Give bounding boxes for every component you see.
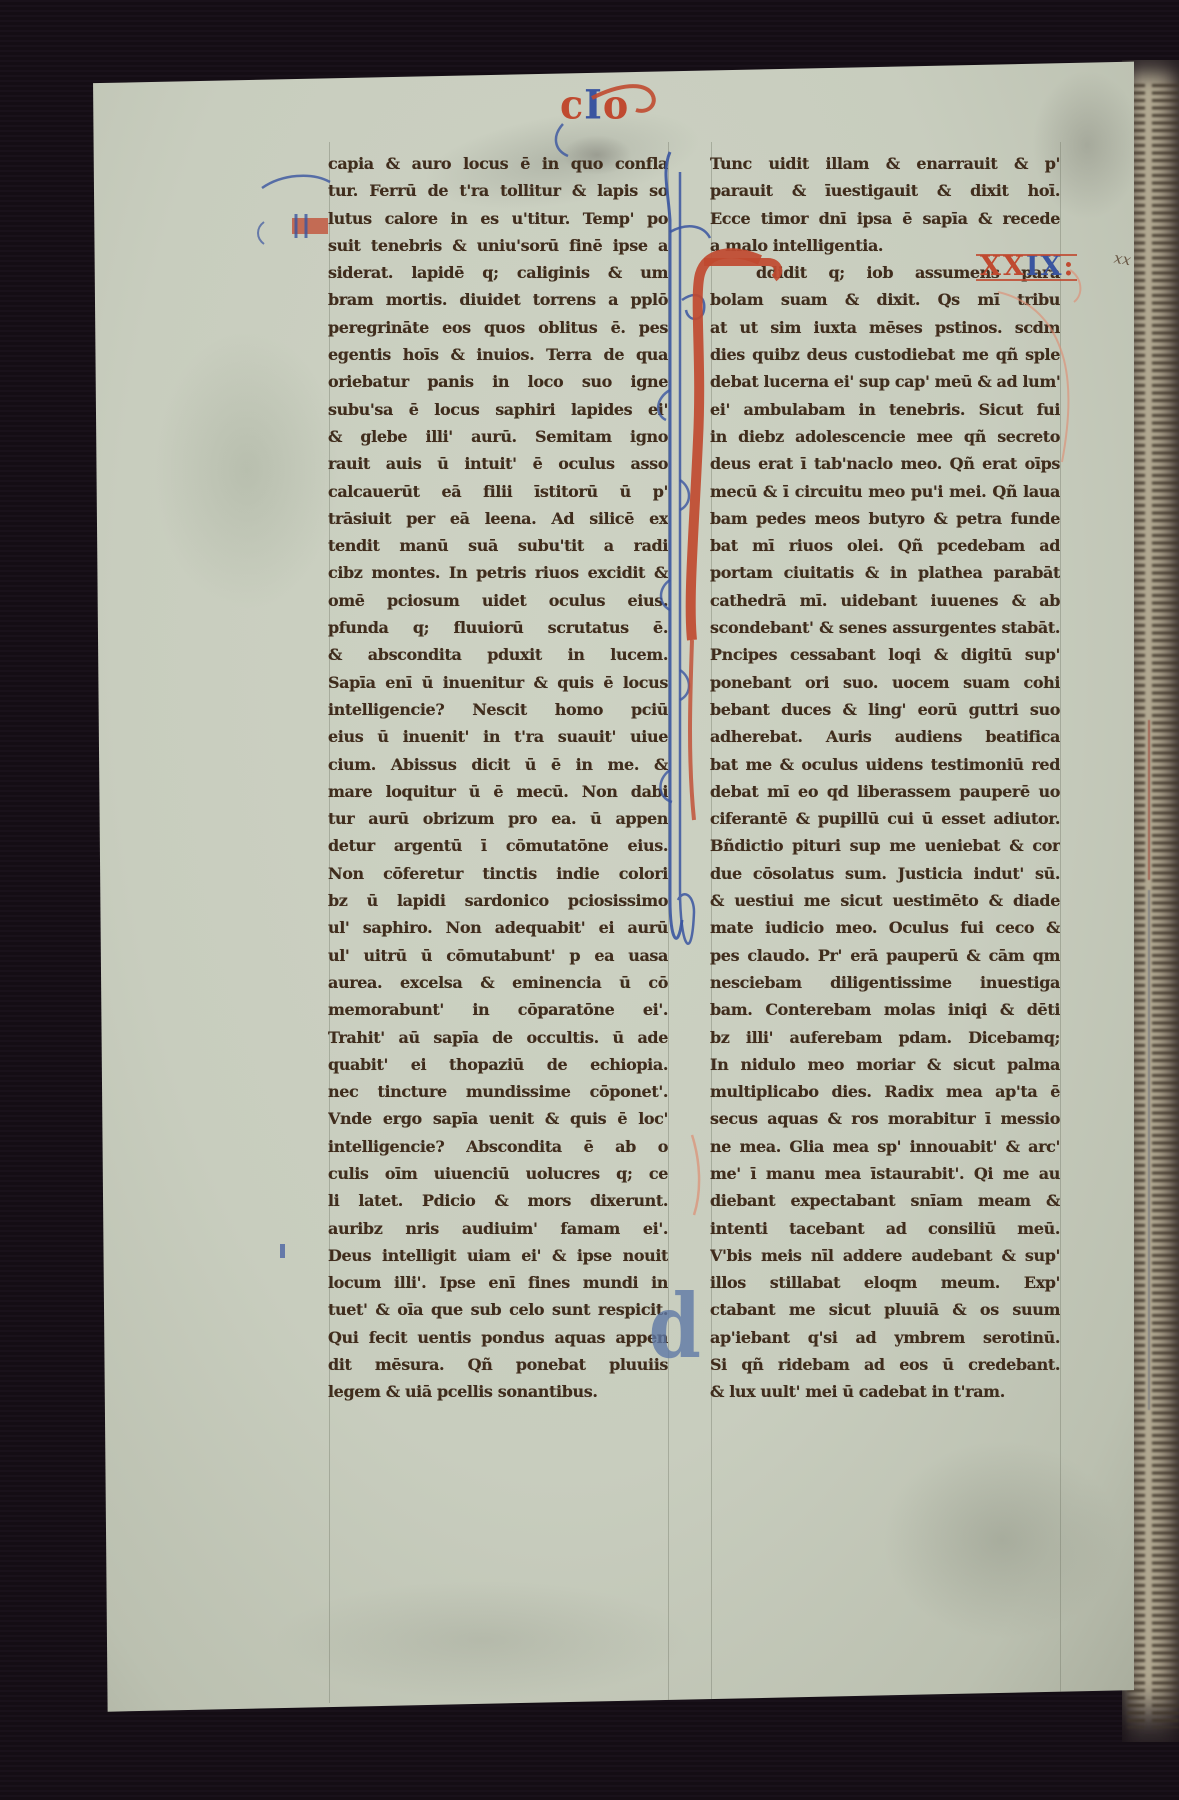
- text-line: bam pedes meos butyro & petra funde: [710, 505, 1060, 532]
- text-column-left: capia & auro locus ē in quo conflatur. F…: [328, 150, 668, 1406]
- text-line: ciferantē & pupillū cui ū esset adiutor.: [710, 805, 1060, 832]
- text-line: deus erat ī tab'naclo meo. Qñ erat oīps: [710, 450, 1060, 477]
- text-line: at ut sim iuxta mēses pstinos. scdm: [710, 314, 1060, 341]
- fore-edge-rubric-line: [1148, 720, 1150, 880]
- text-line: debat lucerna ei' sup cap' meū & ad lum': [710, 368, 1060, 395]
- text-line: li latet. Pdicio & mors dixerunt.: [328, 1187, 668, 1214]
- text-line: bebant duces & ling' eorū guttri suo: [710, 696, 1060, 723]
- text-line: Trahit' aū sapīa de occultis. ū ade: [328, 1024, 668, 1051]
- text-line: rauit auis ū intuit' ē oculus asso: [328, 450, 668, 477]
- text-line: nesciebam diligentissime inuestiga: [710, 969, 1060, 996]
- text-line: trāsiuit per eā leena. Ad silicē ex: [328, 505, 668, 532]
- running-title-letter: c: [560, 83, 584, 127]
- text-line: In nidulo meo moriar & sicut palma: [710, 1051, 1060, 1078]
- running-title-letter: I: [584, 83, 603, 127]
- text-line: Tunc uidit illam & enarrauit & p': [710, 150, 1060, 177]
- text-line: diebant expectabant snīam meam &: [710, 1187, 1060, 1214]
- text-line: ctabant me sicut pluuiā & os suum: [710, 1296, 1060, 1323]
- text-line: legem & uiā pcellis sonantibus.: [328, 1378, 668, 1405]
- text-line: tur aurū obrizum pro ea. ū appen: [328, 805, 668, 832]
- text-line: cathedrā mī. uidebant iuuenes & ab: [710, 587, 1060, 614]
- text-line: mare loquitur ū ē mecū. Non dabi: [328, 778, 668, 805]
- margin-note-xx: xx: [1113, 249, 1133, 270]
- ruling-line: [668, 142, 669, 1703]
- text-line: & abscondita pduxit in lucem.: [328, 641, 668, 668]
- chapter-letter: X: [1003, 251, 1026, 282]
- fore-edge-text-column: [1152, 84, 1179, 1728]
- text-line: nec tincture mundissime cōponet'.: [328, 1078, 668, 1105]
- text-line: bram mortis. diuidet torrens a pplō: [328, 286, 668, 313]
- text-line: bat mī riuos olei. Qñ pcedebam ad: [710, 532, 1060, 559]
- text-line: debat mī eo qd liberassem pauperē uo: [710, 778, 1060, 805]
- text-line: bz ū lapidi sardonico pciosissimo: [328, 887, 668, 914]
- text-line: Sapīa enī ū inuenitur & quis ē locus: [328, 669, 668, 696]
- running-title-letter: o: [603, 83, 629, 127]
- text-line: bat me & oculus uidens testimoniū red: [710, 751, 1060, 778]
- text-line: Si qñ ridebam ad eos ū credebant.: [710, 1351, 1060, 1378]
- text-line: bam. Conterebam molas iniqi & dēti: [710, 996, 1060, 1023]
- text-line: omē pciosum uidet oculus eius.: [328, 587, 668, 614]
- text-line: intelligencie? Abscondita ē ab o: [328, 1133, 668, 1160]
- parchment-stain: [882, 1440, 1122, 1640]
- text-line: portam ciuitatis & in plathea parabāt: [710, 559, 1060, 586]
- pen-trial-letter-d: d: [649, 1282, 701, 1370]
- text-line: & uestiui me sicut uestimēto & diade: [710, 887, 1060, 914]
- text-line: peregrināte eos quos oblitus ē. pes: [328, 314, 668, 341]
- text-line: mecū & ī circuitu meo pu'i mei. Qñ laua: [710, 478, 1060, 505]
- chapter-number-xxix: XXIX:: [980, 252, 1075, 282]
- text-line: bz illi' auferebam pdam. Dicebamq;: [710, 1024, 1060, 1051]
- text-line: illos stillabat eloqm meum. Exp': [710, 1269, 1060, 1296]
- chapter-letter: X: [1041, 251, 1064, 282]
- chapter-letter: :: [1064, 251, 1076, 282]
- text-line: capia & auro locus ē in quo confla: [328, 150, 668, 177]
- parchment-stain: [152, 330, 342, 610]
- text-line: in diebz adolescencie mee qñ secreto: [710, 423, 1060, 450]
- text-line: pfunda q; fluuiorū scrutatus ē.: [328, 614, 668, 641]
- text-line: suit tenebris & uniu'sorū finē ipse a: [328, 232, 668, 259]
- text-column-right: Tunc uidit illam & enarrauit & p'parauit…: [710, 150, 1060, 1406]
- text-line: parauit & īuestigauit & dixit hoī.: [710, 177, 1060, 204]
- text-line: me' ī manu mea īstaurabit'. Qi me au: [710, 1160, 1060, 1187]
- chapter-letter: X: [980, 251, 1003, 282]
- text-line: cium. Abissus dicit ū ē in me. &: [328, 751, 668, 778]
- text-line: due cōsolatus sum. Justicia indut' sū.: [710, 860, 1060, 887]
- text-line: eius ū inuenit' in t'ra suauit' uiue: [328, 723, 668, 750]
- text-line: Pncipes cessabant loqi & digitū sup': [710, 641, 1060, 668]
- text-line: siderat. lapidē q; caliginis & um: [328, 259, 668, 286]
- fore-edge-rule-line: [1148, 890, 1150, 1410]
- text-line: secus aquas & ros morabitur ī messio: [710, 1105, 1060, 1132]
- photo-backdrop: cIo capia & auro locus ē in quo conflatu…: [0, 0, 1179, 1800]
- text-line: V'bis meis nīl addere audebant & sup': [710, 1242, 1060, 1269]
- text-line: locum illi'. Ipse enī fines mundi in: [328, 1269, 668, 1296]
- text-line: Bñdictio pituri sup me ueniebat & cor: [710, 832, 1060, 859]
- text-line: ponebant ori suo. uocem suam cohi: [710, 669, 1060, 696]
- text-line: adherebat. Auris audiens beatifica: [710, 723, 1060, 750]
- text-line: bolam suam & dixit. Qs mī tribu: [710, 286, 1060, 313]
- text-line: oriebatur panis in loco suo igne: [328, 368, 668, 395]
- text-line: calcauerūt eā filii īstitorū ū p': [328, 478, 668, 505]
- text-line: ne mea. Glia mea sp' innouabit' & arc': [710, 1133, 1060, 1160]
- text-line: ul' uitrū ū cōmutabunt' p ea uasa: [328, 942, 668, 969]
- text-line: lutus calore in es u'titur. Temp' po: [328, 205, 668, 232]
- ruling-line: [1060, 142, 1061, 1703]
- running-title: cIo: [560, 84, 629, 132]
- text-line: subu'sa ē locus saphiri lapides ei': [328, 396, 668, 423]
- text-line: ap'iebant q'si ad ymbrem serotinū.: [710, 1324, 1060, 1351]
- text-line: egentis hoīs & inuios. Terra de qua: [328, 341, 668, 368]
- chapter-letter: I: [1026, 251, 1041, 282]
- text-line: tur. Ferrū de t'ra tollitur & lapis so: [328, 177, 668, 204]
- text-line: Deus intelligit uiam ei' & ipse nouit: [328, 1242, 668, 1269]
- text-line: & lux uult' mei ū cadebat in t'ram.: [710, 1378, 1060, 1405]
- text-line: tendit manū suā subu'tit a radi: [328, 532, 668, 559]
- text-line: ul' saphiro. Non adequabit' ei aurū: [328, 914, 668, 941]
- text-line: & glebe illi' aurū. Semitam igno: [328, 423, 668, 450]
- text-line: memorabunt' in cōparatōne ei'.: [328, 996, 668, 1023]
- text-line: dies quibz deus custodiebat me qñ sple: [710, 341, 1060, 368]
- text-line: pes claudo. Pr' erā pauperū & cām qm: [710, 942, 1060, 969]
- text-line: auribz nris audiuim' famam ei'.: [328, 1215, 668, 1242]
- text-line: culis oīm uiuenciū uolucres q; ce: [328, 1160, 668, 1187]
- text-line: Qui fecit uentis pondus aquas appen: [328, 1324, 668, 1351]
- text-line: multiplicabo dies. Radix mea ap'ta ē: [710, 1078, 1060, 1105]
- text-line: intenti tacebant ad consiliū meū.: [710, 1215, 1060, 1242]
- text-line: quabit' ei thopaziū de echiopia.: [328, 1051, 668, 1078]
- text-line: Vnde ergo sapīa uenit & quis ē loc': [328, 1105, 668, 1132]
- text-line: Ecce timor dnī ipsa ē sapīa & recede: [710, 205, 1060, 232]
- text-line: dit mēsura. Qñ ponebat pluuiis: [328, 1351, 668, 1378]
- text-line: scondebant' & senes assurgentes stabāt.: [710, 614, 1060, 641]
- text-line: aurea. excelsa & eminencia ū cō: [328, 969, 668, 996]
- text-line: cibz montes. In petris riuos excidit &: [328, 559, 668, 586]
- text-line: Non cōferetur tinctis indie colori: [328, 860, 668, 887]
- text-line: mate iudicio meo. Oculus fui ceco &: [710, 914, 1060, 941]
- manuscript-page: cIo capia & auro locus ē in quo conflatu…: [92, 60, 1134, 1715]
- text-line: ei' ambulabam in tenebris. Sicut fui: [710, 396, 1060, 423]
- text-line: tuet' & oīa que sub celo sunt respicit.: [328, 1296, 668, 1323]
- text-line: intelligencie? Nescit homo pciū: [328, 696, 668, 723]
- parchment-stain: [272, 1580, 692, 1700]
- text-line: detur argentū ī cōmutatōne eius.: [328, 832, 668, 859]
